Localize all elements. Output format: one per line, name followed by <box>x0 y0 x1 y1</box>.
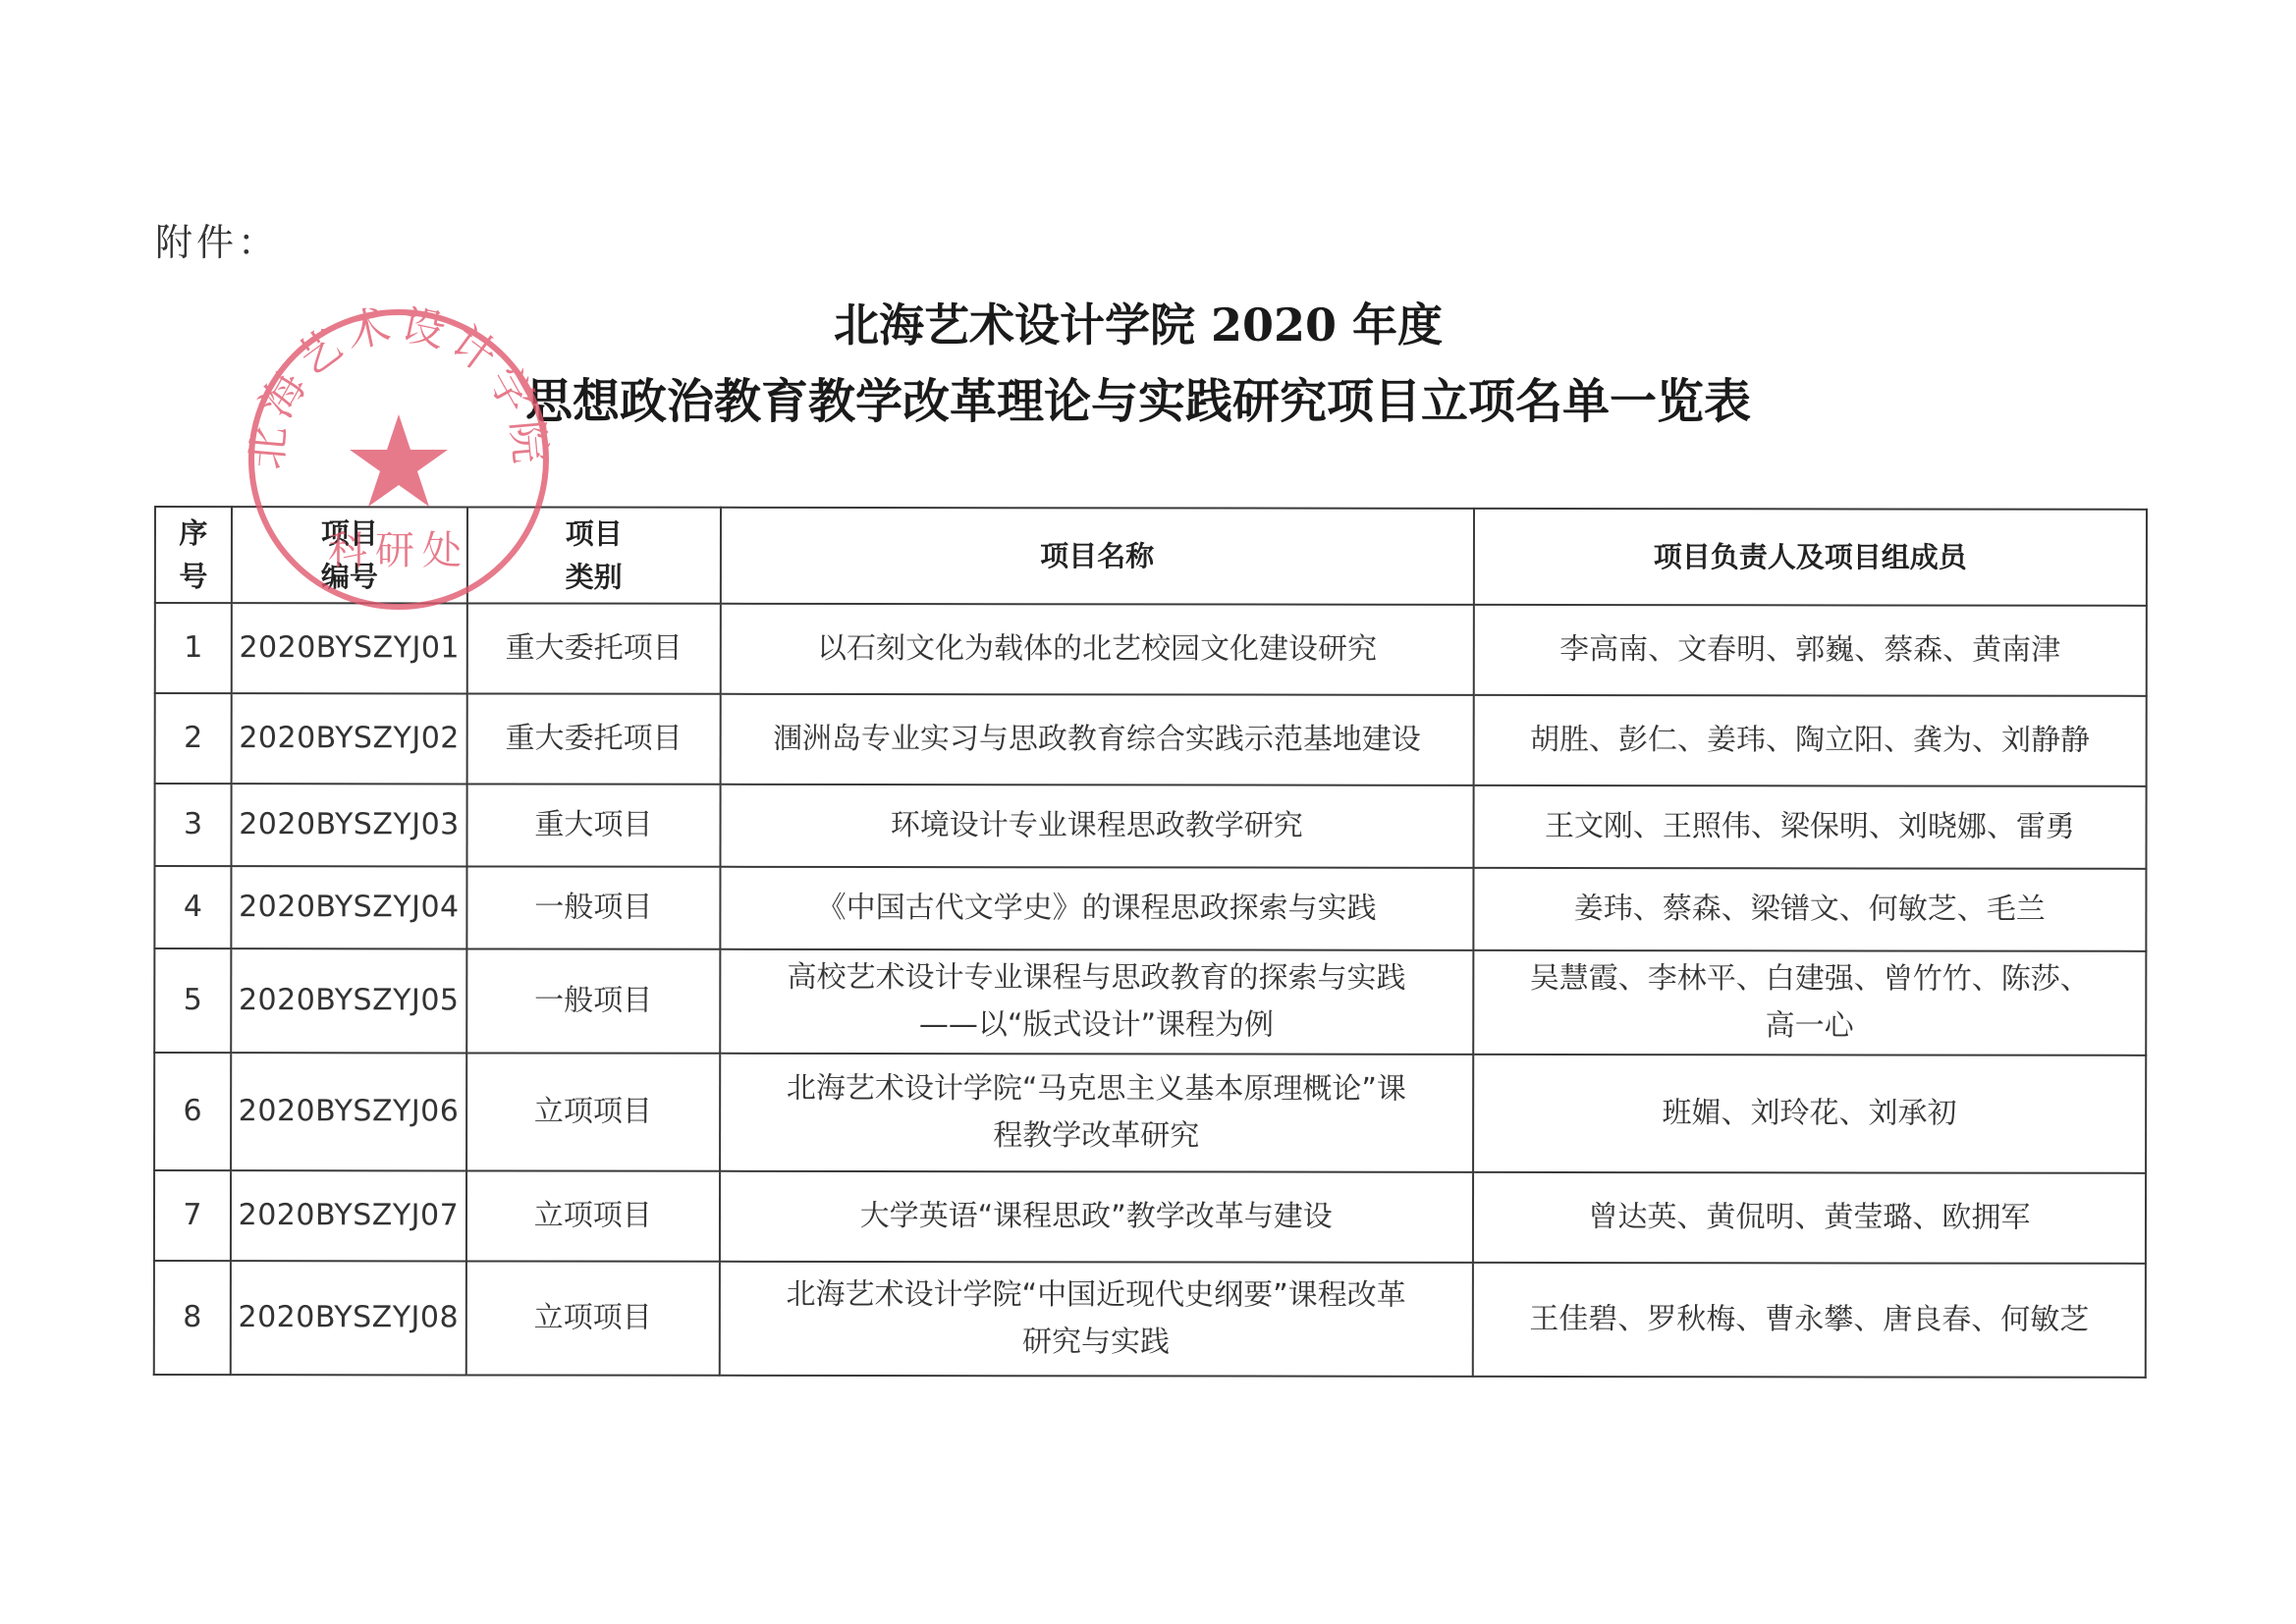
row-category: 立项项目 <box>466 1170 720 1261</box>
row-members: 王文刚、王照伟、梁保明、刘晓娜、雷勇 <box>1473 785 2146 869</box>
row-members: 胡胜、彭仁、姜玮、陶立阳、龚为、刘静静 <box>1473 695 2146 786</box>
row-index: 4 <box>154 866 231 948</box>
row-members: 王佳碧、罗秋梅、曹永攀、唐良春、何敏芝 <box>1473 1263 2146 1378</box>
members-line1: 王佳碧、罗秋梅、曹永攀、唐良春、何敏芝 <box>1480 1296 2139 1344</box>
members-line1: 王文刚、王照伟、梁保明、刘晓娜、雷勇 <box>1480 803 2139 851</box>
document-title-line1: 北海艺术设计学院 2020 年度 <box>0 290 2286 354</box>
table-row: 8 2020BYSZYJ08 立项项目 北海艺术设计学院“中国近现代史纲要”课程… <box>154 1261 2146 1378</box>
table-row: 1 2020BYSZYJ01 重大委托项目 以石刻文化为载体的北艺校园文化建设研… <box>155 603 2147 696</box>
header-category-line1: 项目 <box>474 512 714 555</box>
members-line1: 吴慧霞、李林平、白建强、曾竹竹、陈莎、 <box>1480 955 2139 1003</box>
row-category: 重大项目 <box>466 784 720 866</box>
row-category: 一般项目 <box>466 948 720 1053</box>
header-index-line1: 序 <box>162 512 225 555</box>
document-title-line2: 思想政治教育教学改革理论与实践研究项目立项名单一览表 <box>0 363 2286 431</box>
row-code: 2020BYSZYJ05 <box>231 948 466 1053</box>
attachment-label: 附件： <box>155 212 279 266</box>
project-name-line1: 北海艺术设计学院“马克思主义基本原理概论”课 <box>727 1065 1466 1113</box>
table-row: 6 2020BYSZYJ06 立项项目 北海艺术设计学院“马克思主义基本原理概论… <box>154 1053 2146 1173</box>
project-name-line2: 研究与实践 <box>726 1319 1465 1367</box>
row-index: 1 <box>155 603 232 693</box>
row-code: 2020BYSZYJ03 <box>231 784 466 866</box>
row-category: 重大委托项目 <box>467 603 721 693</box>
project-name-line1: 环境设计专业课程思政教学研究 <box>727 802 1466 850</box>
project-name-line1: 北海艺术设计学院“中国近现代史纲要”课程改革 <box>727 1272 1466 1320</box>
row-index: 2 <box>155 693 232 784</box>
row-category: 立项项目 <box>466 1053 720 1170</box>
row-category: 立项项目 <box>466 1261 720 1375</box>
header-members: 项目负责人及项目组成员 <box>1474 509 2147 606</box>
row-members: 吴慧霞、李林平、白建强、曾竹竹、陈莎、 高一心 <box>1473 950 2146 1056</box>
table-row: 2 2020BYSZYJ02 重大委托项目 涠洲岛专业实习与思政教育综合实践示范… <box>155 693 2147 786</box>
header-category-line2: 类别 <box>474 555 714 598</box>
project-name-line1: 高校艺术设计专业课程与思政教育的探索与实践 <box>727 954 1466 1002</box>
row-code: 2020BYSZYJ06 <box>231 1053 466 1170</box>
table-row: 3 2020BYSZYJ03 重大项目 环境设计专业课程思政教学研究 王文刚、王… <box>154 784 2146 869</box>
project-list-table: 序 号 项目 编号 项目 类别 项目名称 项目负责人及项目组成员 1 2020B… <box>153 506 2148 1379</box>
project-name-line1: 涠洲岛专业实习与思政教育综合实践示范基地建设 <box>727 716 1466 764</box>
row-members: 班媚、刘玲花、刘承初 <box>1473 1055 2146 1173</box>
table-row: 4 2020BYSZYJ04 一般项目 《中国古代文学史》的课程思政探索与实践 … <box>154 866 2146 951</box>
header-code-line1: 项目 <box>239 512 461 555</box>
header-category: 项目 类别 <box>467 507 721 603</box>
header-project-name: 项目名称 <box>721 508 1474 605</box>
project-name-line1: 《中国古代文学史》的课程思政探索与实践 <box>727 885 1466 933</box>
header-index-line2: 号 <box>162 555 225 598</box>
row-project-name: 大学英语“课程思政”教学改革与建设 <box>720 1171 1473 1263</box>
row-project-name: 环境设计专业课程思政教学研究 <box>720 785 1473 868</box>
project-name-line2: ——以“版式设计”课程为例 <box>727 1001 1466 1050</box>
row-index: 7 <box>154 1170 231 1261</box>
members-line1: 曾达英、黄侃明、黄莹璐、欧拥军 <box>1480 1194 2139 1242</box>
project-name-line2: 程教学改革研究 <box>727 1112 1466 1161</box>
row-category: 重大委托项目 <box>467 693 721 784</box>
members-line1: 胡胜、彭仁、姜玮、陶立阳、龚为、刘静静 <box>1480 717 2139 765</box>
row-project-name: 北海艺术设计学院“中国近现代史纲要”课程改革 研究与实践 <box>719 1262 1472 1377</box>
members-line1: 姜玮、蔡森、梁镨文、何敏芝、毛兰 <box>1480 886 2139 934</box>
row-index: 5 <box>154 948 231 1053</box>
row-project-name: 高校艺术设计专业课程与思政教育的探索与实践 ——以“版式设计”课程为例 <box>720 949 1473 1055</box>
project-name-line1: 大学英语“课程思政”教学改革与建设 <box>727 1193 1466 1241</box>
row-code: 2020BYSZYJ07 <box>231 1170 466 1261</box>
row-index: 3 <box>154 784 231 866</box>
table-row: 7 2020BYSZYJ07 立项项目 大学英语“课程思政”教学改革与建设 曾达… <box>154 1170 2146 1264</box>
header-code: 项目 编号 <box>232 507 467 603</box>
members-line1: 李高南、文春明、郭巍、蔡森、黄南津 <box>1481 626 2140 675</box>
row-code: 2020BYSZYJ08 <box>231 1261 466 1375</box>
row-members: 李高南、文春明、郭巍、蔡森、黄南津 <box>1473 605 2146 696</box>
row-code: 2020BYSZYJ02 <box>232 693 467 784</box>
row-project-name: 涠洲岛专业实习与思政教育综合实践示范基地建设 <box>720 694 1473 785</box>
row-index: 8 <box>154 1261 231 1375</box>
row-code: 2020BYSZYJ04 <box>231 866 466 948</box>
header-index: 序 号 <box>155 507 232 603</box>
members-line1: 班媚、刘玲花、刘承初 <box>1480 1090 2139 1138</box>
row-index: 6 <box>154 1053 231 1170</box>
header-code-line2: 编号 <box>239 555 461 598</box>
row-members: 曾达英、黄侃明、黄莹璐、欧拥军 <box>1473 1172 2146 1264</box>
project-name-line1: 以石刻文化为载体的北艺校园文化建设研究 <box>727 625 1466 674</box>
row-project-name: 《中国古代文学史》的课程思政探索与实践 <box>720 867 1473 950</box>
row-members: 姜玮、蔡森、梁镨文、何敏芝、毛兰 <box>1473 868 2146 951</box>
row-project-name: 北海艺术设计学院“马克思主义基本原理概论”课 程教学改革研究 <box>720 1054 1473 1172</box>
table-row: 5 2020BYSZYJ05 一般项目 高校艺术设计专业课程与思政教育的探索与实… <box>154 948 2146 1056</box>
table-header-row: 序 号 项目 编号 项目 类别 项目名称 项目负责人及项目组成员 <box>155 507 2147 606</box>
row-code: 2020BYSZYJ01 <box>232 603 467 693</box>
row-project-name: 以石刻文化为载体的北艺校园文化建设研究 <box>720 604 1473 695</box>
row-category: 一般项目 <box>466 866 720 948</box>
members-line2: 高一心 <box>1480 1002 2139 1051</box>
